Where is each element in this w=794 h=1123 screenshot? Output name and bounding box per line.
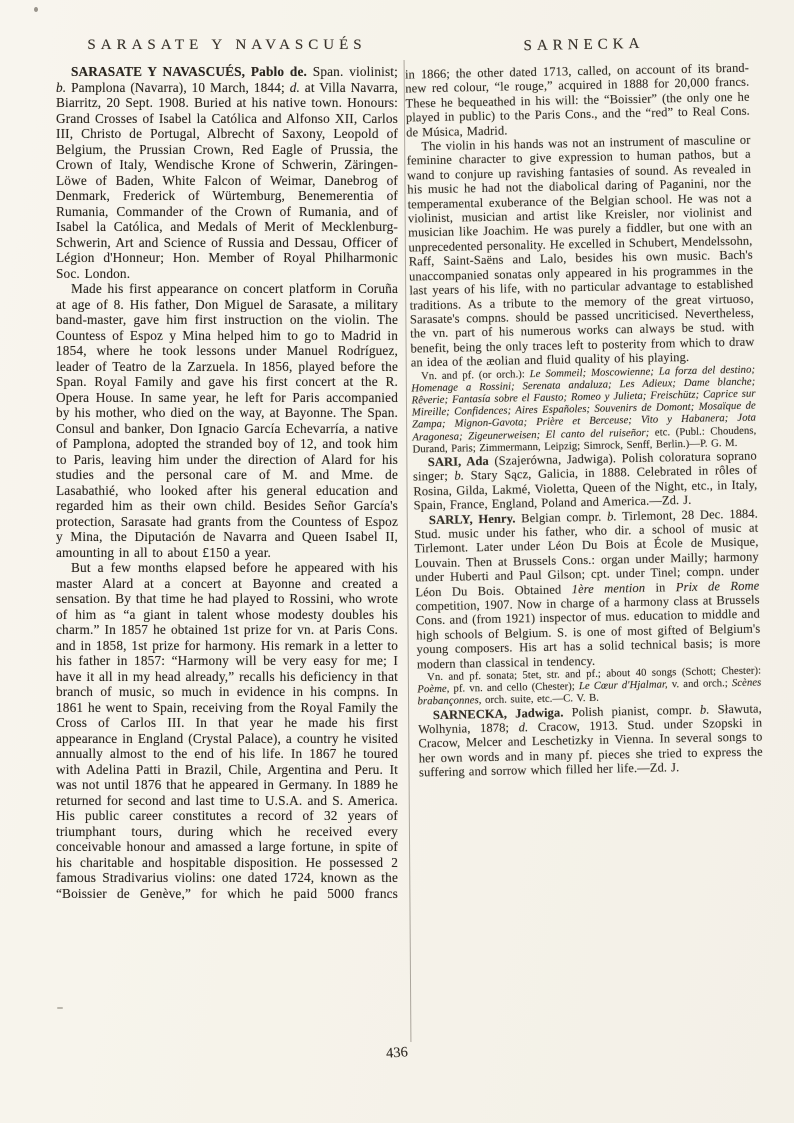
- entry-sarnecka-paragraph: SARNECKA, Jadwiga. Polish pianist, compr…: [418, 701, 763, 780]
- running-head-right: SARNECKA: [412, 34, 756, 58]
- entry-sari-paragraph: SARI, Ada (Szajerówna, Jadwiga). Polish …: [413, 448, 758, 513]
- entry-sarly-paragraph: SARLY, Henry. Belgian compr. b. Tirlemon…: [414, 506, 761, 671]
- scanned-page: SARASATE Y NAVASCUÉS SARNECKA SARASATE Y…: [0, 0, 794, 1123]
- running-head-left: SARASATE Y NAVASCUÉS: [56, 37, 398, 54]
- page-number: 436: [0, 1017, 793, 1089]
- entry-sarasate-head-paragraph: SARASATE Y NAVASCUÉS, Pablo de. Span. vi…: [56, 64, 398, 281]
- right-column: in 1866; the other dated 1713, called, o…: [405, 61, 763, 780]
- entry-sarasate-continuation-paragraph: in 1866; the other dated 1713, called, o…: [405, 61, 750, 140]
- scan-speck: [34, 7, 38, 12]
- entry-sarasate-paragraph-3: But a few months elapsed before he appea…: [56, 560, 398, 901]
- entry-sarasate-appreciation-paragraph: The violin in his hands was not an instr…: [406, 133, 755, 370]
- entry-sarasate-works-list: Vn. and pf. (or orch.): Le Sommeil; Mosc…: [411, 363, 757, 455]
- entry-sarasate-paragraph-2: Made his first appearance on concert pla…: [56, 281, 398, 560]
- scan-speck: [57, 1007, 63, 1009]
- left-column: SARASATE Y NAVASCUÉS, Pablo de. Span. vi…: [56, 64, 398, 901]
